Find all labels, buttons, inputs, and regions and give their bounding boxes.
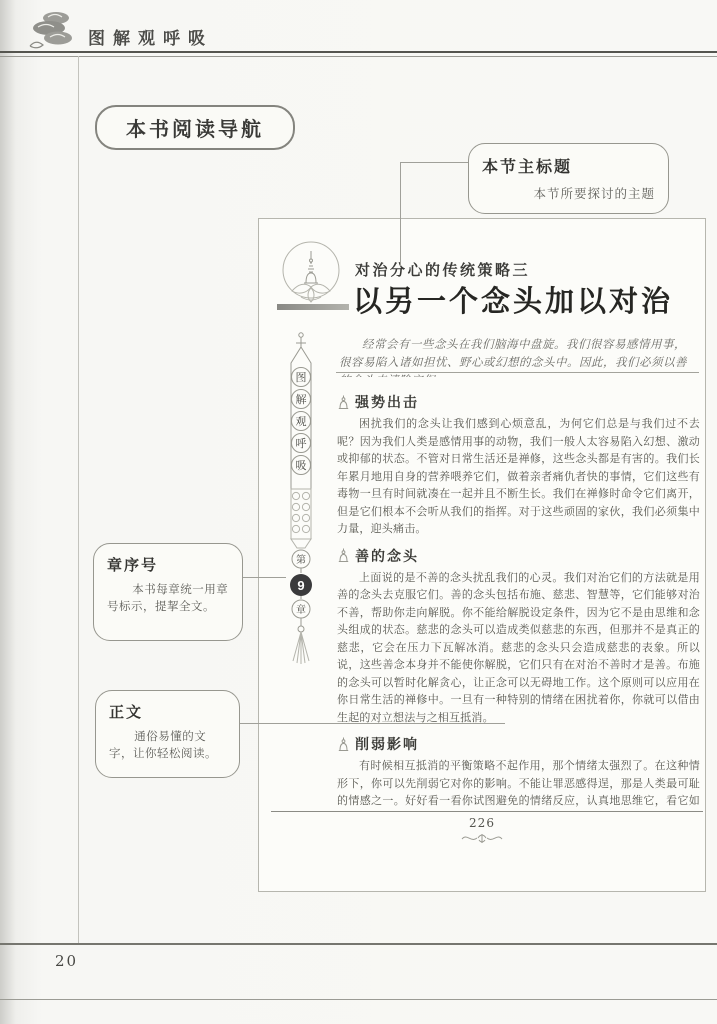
bell-stupa-icon [337, 737, 350, 752]
footer-divider-bottom [0, 999, 717, 1000]
reading-guide-heading: 本书阅读导航 [95, 105, 295, 150]
svg-text:吸: 吸 [296, 459, 307, 472]
reading-guide-label: 本书阅读导航 [126, 113, 264, 142]
callout-description: 本节所要探讨的主题 [482, 184, 655, 202]
header-divider [0, 51, 717, 57]
page-number: 20 [55, 952, 78, 970]
book-title: 图解观呼吸 [88, 24, 213, 49]
sample-page: 对治分心的传统策略三 以另一个念头加以对治 图 解 观 呼 吸 [258, 218, 706, 892]
callout-description: 本书每章统一用章号标示，提挈全文。 [107, 582, 229, 616]
scanned-book-page: 图解观呼吸 本书阅读导航 对治分心的传统策略三 以另一个念头加以对治 [0, 0, 717, 1024]
subsection-heading: 削弱影响 [337, 734, 700, 754]
svg-text:呼: 呼 [296, 437, 307, 450]
sample-footer-rule [271, 811, 703, 812]
section-kicker: 对治分心的传统策略三 [355, 259, 530, 280]
callout-body-text: 正文 通俗易懂的文字，让你轻松阅读。 [95, 690, 240, 778]
spine-title-chars: 图 解 观 呼 吸 [292, 368, 311, 475]
publisher-logo-icon [26, 8, 78, 52]
footer-divider-top [0, 943, 717, 945]
subsection-heading: 善的念头 [337, 546, 700, 566]
svg-text:图: 图 [296, 371, 307, 384]
emblem-underline [277, 304, 349, 310]
chapter-spine-ornament: 图 解 观 呼 吸 第 [279, 331, 323, 671]
margin-rule [78, 56, 79, 943]
subsection-paragraph: 有时候相互抵消的平衡策略不起作用，那个情绪太强烈了。在这种情形下，你可以先削弱它… [337, 758, 700, 811]
subsection-heading: 强势出击 [337, 392, 700, 412]
intro-divider [336, 372, 699, 373]
chapter-number-badge: 第 9 章 [290, 550, 312, 618]
callout-title: 本节主标题 [482, 154, 655, 177]
section-intro: 经常会有一些念头在我们脑海中盘旋。我们很容易感情用事，很容易陷入诸如担忧、野心或… [339, 335, 697, 377]
connector-section-title-v [400, 162, 401, 266]
subsection-paragraph: 困扰我们的念头让我们感到心烦意乱，为何它们总是与我们过不去呢？因为我们人类是感情… [337, 416, 700, 539]
callout-description: 通俗易懂的文字，让你轻松阅读。 [109, 729, 226, 763]
callout-section-title: 本节主标题 本节所要探讨的主题 [468, 143, 669, 214]
connector-section-title-h [400, 162, 468, 163]
svg-text:章: 章 [296, 603, 306, 616]
callout-title: 章序号 [107, 554, 229, 575]
bell-stupa-icon [337, 548, 350, 563]
svg-text:解: 解 [296, 392, 307, 406]
connector-body-text [239, 723, 505, 724]
callout-title: 正文 [109, 701, 226, 722]
svg-text:9: 9 [297, 578, 304, 593]
section-main-title: 以另一个念头加以对治 [353, 279, 673, 320]
svg-text:观: 观 [296, 415, 307, 428]
svg-text:第: 第 [296, 553, 306, 566]
subsection-paragraph: 上面说的是不善的念头扰乱我们的心灵。我们对治它们的方法就是用善的念头去克服它们。… [337, 570, 700, 728]
sample-page-number: 226 [259, 816, 705, 830]
body-text-column: 强势出击 困扰我们的念头让我们感到心烦意乱，为何它们总是与我们过不去呢？因为我们… [337, 385, 700, 811]
footer-flourish-icon [460, 831, 504, 845]
callout-chapter-number: 章序号 本书每章统一用章号标示，提挈全文。 [93, 543, 243, 641]
bell-stupa-icon [337, 395, 350, 410]
connector-chapter-number [242, 577, 286, 578]
stupa-emblem-icon [279, 239, 343, 309]
